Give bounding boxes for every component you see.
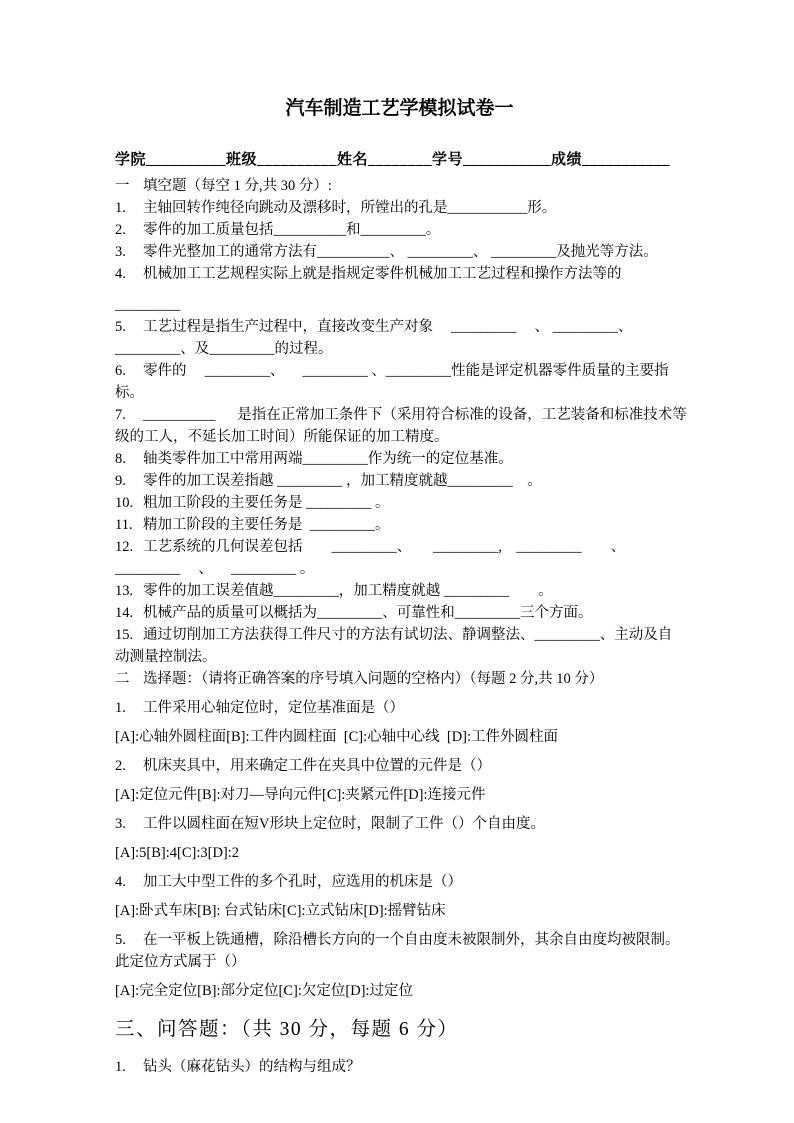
doc-line: 1.工件采用心轴定位时，定位基准面是（） [115,697,684,719]
doc-line: 5.工艺过程是指生产过程中，直接改变生产对象 _________ 、 _____… [115,316,684,338]
line-text: _________ [115,294,180,316]
line-text: 零件光整加工的通常方法有__________、 _________、 _____… [143,241,658,263]
doc-line: 2.零件的加工质量包括__________和_________。 [115,219,684,241]
line-text: 三、问答题：（共 30 分，每题 6 分） [115,1015,459,1045]
line-number: 2. [115,219,143,241]
doc-line: 三、问答题：（共 30 分，每题 6 分） [115,1015,684,1045]
line-text: [A]:心轴外圆柱面[B]:工件内圆柱面 [C]:心轴中心线 [D]:工件外圆柱… [115,726,558,748]
line-text: 零件的加工误差指越 _________ ，加工精度就越_________ 。 [143,470,542,492]
line-text: 主轴回转作纯径向跳动及漂移时，所镗出的孔是___________形。 [143,197,556,219]
line-text: _________ 、 _________ 。 [115,558,314,580]
doc-line: 15.通过切削加工方法获得工件尺寸的方法有试切法、静调整法、_________、… [115,624,684,646]
line-text: 填空题（每空 1 分,共 30 分）: [143,175,332,197]
line-number: 4. [115,263,143,285]
line-text: 选择题：（请将正确答案的序号填入问题的空格内）（每题 2 分,共 10 分） [143,668,603,690]
line-number: 6. [115,360,143,382]
doc-line: _________、及_________的过程。 [115,338,684,360]
doc-line: 12.工艺系统的几何误差包括 _________、 _________, ___… [115,536,684,558]
line-text: 级的工人，不延长加工时间）所能保证的加工精度。 [115,426,449,448]
line-number: 15. [115,624,143,646]
line-text: [A]:卧式车床[B]: 台式钻床[C]:立式钻床[D]:摇臂钻床 [115,900,446,922]
doc-line: 动测量控制法。 [115,646,684,668]
line-text: [A]:5[B]:4[C]:3[D]:2 [115,842,239,864]
doc-line: 3.零件光整加工的通常方法有__________、 _________、 ___… [115,241,684,263]
line-text: 轴类零件加工中常用两端_________作为统一的定位基准。 [143,448,513,470]
line-number: 3. [115,241,143,263]
line-text: 机械加工工艺规程实际上就是指规定零件机械加工工艺过程和操作方法等的 [143,263,622,285]
doc-line: 标。 [115,382,684,404]
line-text: 工艺过程是指生产过程中，直接改变生产对象 _________ 、 _______… [143,316,632,338]
line-text: 粗加工阶段的主要任务是 _________ 。 [143,492,390,514]
doc-line: _________ 、 _________ 。 [115,558,684,580]
doc-line: 1.钻头（麻花钻头）的结构与组成？ [115,1056,684,1078]
line-number: 1. [115,197,143,219]
document-body: 一填空题（每空 1 分,共 30 分）:1.主轴回转作纯径向跳动及漂移时，所镗出… [115,175,684,1078]
line-text: 钻头（麻花钻头）的结构与组成？ [143,1056,361,1078]
line-text: 加工大中型工件的多个孔时，应选用的机床是（） [143,871,462,893]
doc-line: 7.__________ 是指在正常加工条件下（采用符合标准的设备，工艺装备和标… [115,404,684,426]
doc-line: 13.零件的加工误差值越_________，加工精度就越 _________ 。 [115,580,684,602]
doc-line: [A]:心轴外圆柱面[B]:工件内圆柱面 [C]:心轴中心线 [D]:工件外圆柱… [115,726,684,748]
doc-line: [A]:卧式车床[B]: 台式钻床[C]:立式钻床[D]:摇臂钻床 [115,900,684,922]
line-number: 5. [115,929,143,951]
line-number: 12. [115,536,143,558]
doc-line: _________ [115,294,684,316]
line-text: [A]:定位元件[B]:对刀—导向元件[C]:夹紧元件[D]:连接元件 [115,784,486,806]
line-number: 9. [115,470,143,492]
line-text: 此定位方式属于（） [115,951,246,973]
doc-line: [A]:定位元件[B]:对刀—导向元件[C]:夹紧元件[D]:连接元件 [115,784,684,806]
line-number: 11. [115,514,143,536]
doc-line: [A]:完全定位[B]:部分定位[C]:欠定位[D]:过定位 [115,980,684,1002]
line-text: 通过切削加工方法获得工件尺寸的方法有试切法、静调整法、_________、主动及… [143,624,672,646]
student-info-line: 学院__________班级__________姓名________学号____… [115,149,684,172]
doc-line: 11.精加工阶段的主要任务是 _________。 [115,514,684,536]
line-text: [A]:完全定位[B]:部分定位[C]:欠定位[D]:过定位 [115,980,413,1002]
doc-line: 2.机床夹具中，用来确定工件在夹具中位置的元件是（） [115,755,684,777]
line-number: 二 [115,668,143,690]
line-number: 1. [115,1056,143,1078]
doc-line: 4.加工大中型工件的多个孔时，应选用的机床是（） [115,871,684,893]
doc-line: 9.零件的加工误差指越 _________ ，加工精度就越_________ 。 [115,470,684,492]
line-text: 动测量控制法。 [115,646,217,668]
doc-line: 此定位方式属于（） [115,951,684,973]
doc-line: 一填空题（每空 1 分,共 30 分）: [115,175,684,197]
line-text: 零件的 _________、 _________ 、_________性能是评定… [143,360,669,382]
line-number: 4. [115,871,143,893]
exam-paper-page: 汽车制造工艺学模拟试卷一 学院__________班级__________姓名_… [0,0,794,1123]
doc-line: 6.零件的 _________、 _________ 、_________性能是… [115,360,684,382]
line-text: 零件的加工误差值越_________，加工精度就越 _________ 。 [143,580,553,602]
line-text: 零件的加工质量包括__________和_________。 [143,219,440,241]
line-text: 工件采用心轴定位时，定位基准面是（） [143,697,404,719]
line-text: 机床夹具中，用来确定工件在夹具中位置的元件是（） [143,755,491,777]
doc-line: [A]:5[B]:4[C]:3[D]:2 [115,842,684,864]
exam-title: 汽车制造工艺学模拟试卷一 [115,96,684,122]
doc-line: 二选择题：（请将正确答案的序号填入问题的空格内）（每题 2 分,共 10 分） [115,668,684,690]
doc-line: 10.粗加工阶段的主要任务是 _________ 。 [115,492,684,514]
doc-line: 级的工人，不延长加工时间）所能保证的加工精度。 [115,426,684,448]
doc-line: 5.在一平板上铣通槽，除沿槽长方向的一个自由度未被限制外，其余自由度均被限制。 [115,929,684,951]
line-number: 14. [115,602,143,624]
line-text: 精加工阶段的主要任务是 _________。 [143,514,390,536]
line-number: 5. [115,316,143,338]
line-text: 机械产品的质量可以概括为_________、可靠性和_________三个方面。 [143,602,593,624]
doc-line: 8.轴类零件加工中常用两端_________作为统一的定位基准。 [115,448,684,470]
line-text: 工艺系统的几何误差包括 _________、 _________, ______… [143,536,625,558]
doc-line: 14.机械产品的质量可以概括为_________、可靠性和_________三个… [115,602,684,624]
doc-line: 3.工件以圆柱面在短V形块上定位时，限制了工件（）个自由度。 [115,813,684,835]
doc-line: 1.主轴回转作纯径向跳动及漂移时，所镗出的孔是___________形。 [115,197,684,219]
line-text: _________、及_________的过程。 [115,338,333,360]
line-number: 7. [115,404,143,426]
doc-line: 4.机械加工工艺规程实际上就是指规定零件机械加工工艺过程和操作方法等的 [115,263,684,285]
line-number: 13. [115,580,143,602]
line-number: 2. [115,755,143,777]
line-number: 1. [115,697,143,719]
line-text: __________ 是指在正常加工条件下（采用符合标准的设备，工艺装备和标准技… [143,404,687,426]
line-number: 3. [115,813,143,835]
line-text: 工件以圆柱面在短V形块上定位时，限制了工件（）个自由度。 [143,813,545,835]
line-number: 一 [115,175,143,197]
line-text: 在一平板上铣通槽，除沿槽长方向的一个自由度未被限制外，其余自由度均被限制。 [143,929,680,951]
line-number: 10. [115,492,143,514]
line-number: 8. [115,448,143,470]
line-text: 标。 [115,382,144,404]
